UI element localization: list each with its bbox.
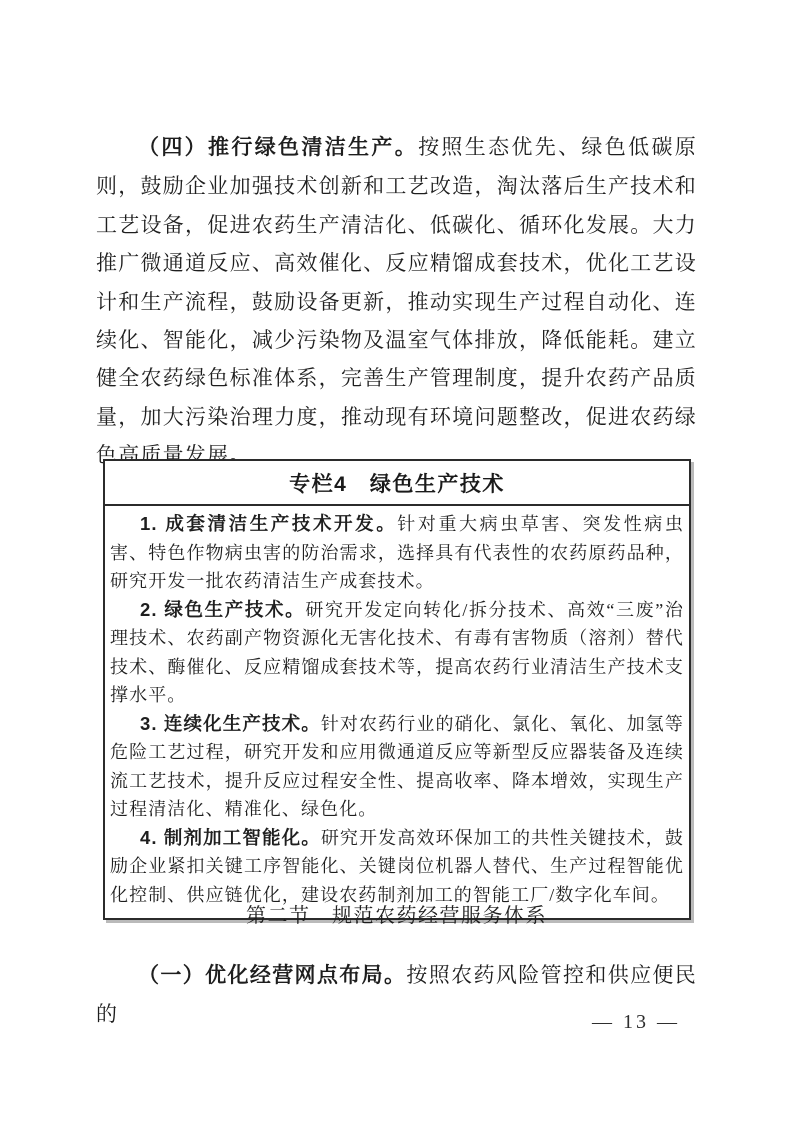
box-item-3: 3. 连续化生产技术。针对农药行业的硝化、氯化、氧化、加氢等危险工艺过程，研究开…	[110, 710, 684, 824]
section-2-heading: 第二节 规范农药经营服务体系	[96, 899, 697, 928]
paragraph-section1-item4-lead: （四）推行绿色清洁生产。	[138, 136, 418, 159]
document-page: （四）推行绿色清洁生产。按照生态优先、绿色低碳原则，鼓励企业加强技术创新和工艺改…	[0, 0, 794, 1123]
box-item-2-lead: 2. 绿色生产技术。	[140, 599, 305, 620]
paragraph-section1-item4: （四）推行绿色清洁生产。按照生态优先、绿色低碳原则，鼓励企业加强技术创新和工艺改…	[96, 128, 697, 475]
column-box-4-title: 专栏4 绿色生产技术	[105, 461, 689, 506]
box-item-1-lead: 1. 成套清洁生产技术开发。	[140, 513, 397, 534]
box-item-3-lead: 3. 连续化生产技术。	[140, 713, 321, 734]
paragraph-section1-item4-body: 按照生态优先、绿色低碳原则，鼓励企业加强技术创新和工艺改造，淘汰落后生产技术和工…	[96, 135, 697, 467]
column-box-4: 专栏4 绿色生产技术 1. 成套清洁生产技术开发。针对重大病虫草害、突发性病虫害…	[103, 459, 691, 920]
box-item-2: 2. 绿色生产技术。研究开发定向转化/拆分技术、高效“三废”治理技术、农药副产物…	[110, 596, 684, 710]
box-item-4: 4. 制剂加工智能化。研究开发高效环保加工的共性关键技术，鼓励企业紧扣关键工序智…	[110, 824, 684, 910]
box-item-1: 1. 成套清洁生产技术开发。针对重大病虫草害、突发性病虫害、特色作物病虫害的防治…	[110, 510, 684, 596]
paragraph-section2-item1-lead: （一）优化经营网点布局。	[138, 964, 406, 987]
page-number: — 13 —	[592, 1011, 680, 1034]
box-item-4-lead: 4. 制剂加工智能化。	[140, 827, 321, 848]
column-box-4-body: 1. 成套清洁生产技术开发。针对重大病虫草害、突发性病虫害、特色作物病虫害的防治…	[105, 506, 689, 918]
